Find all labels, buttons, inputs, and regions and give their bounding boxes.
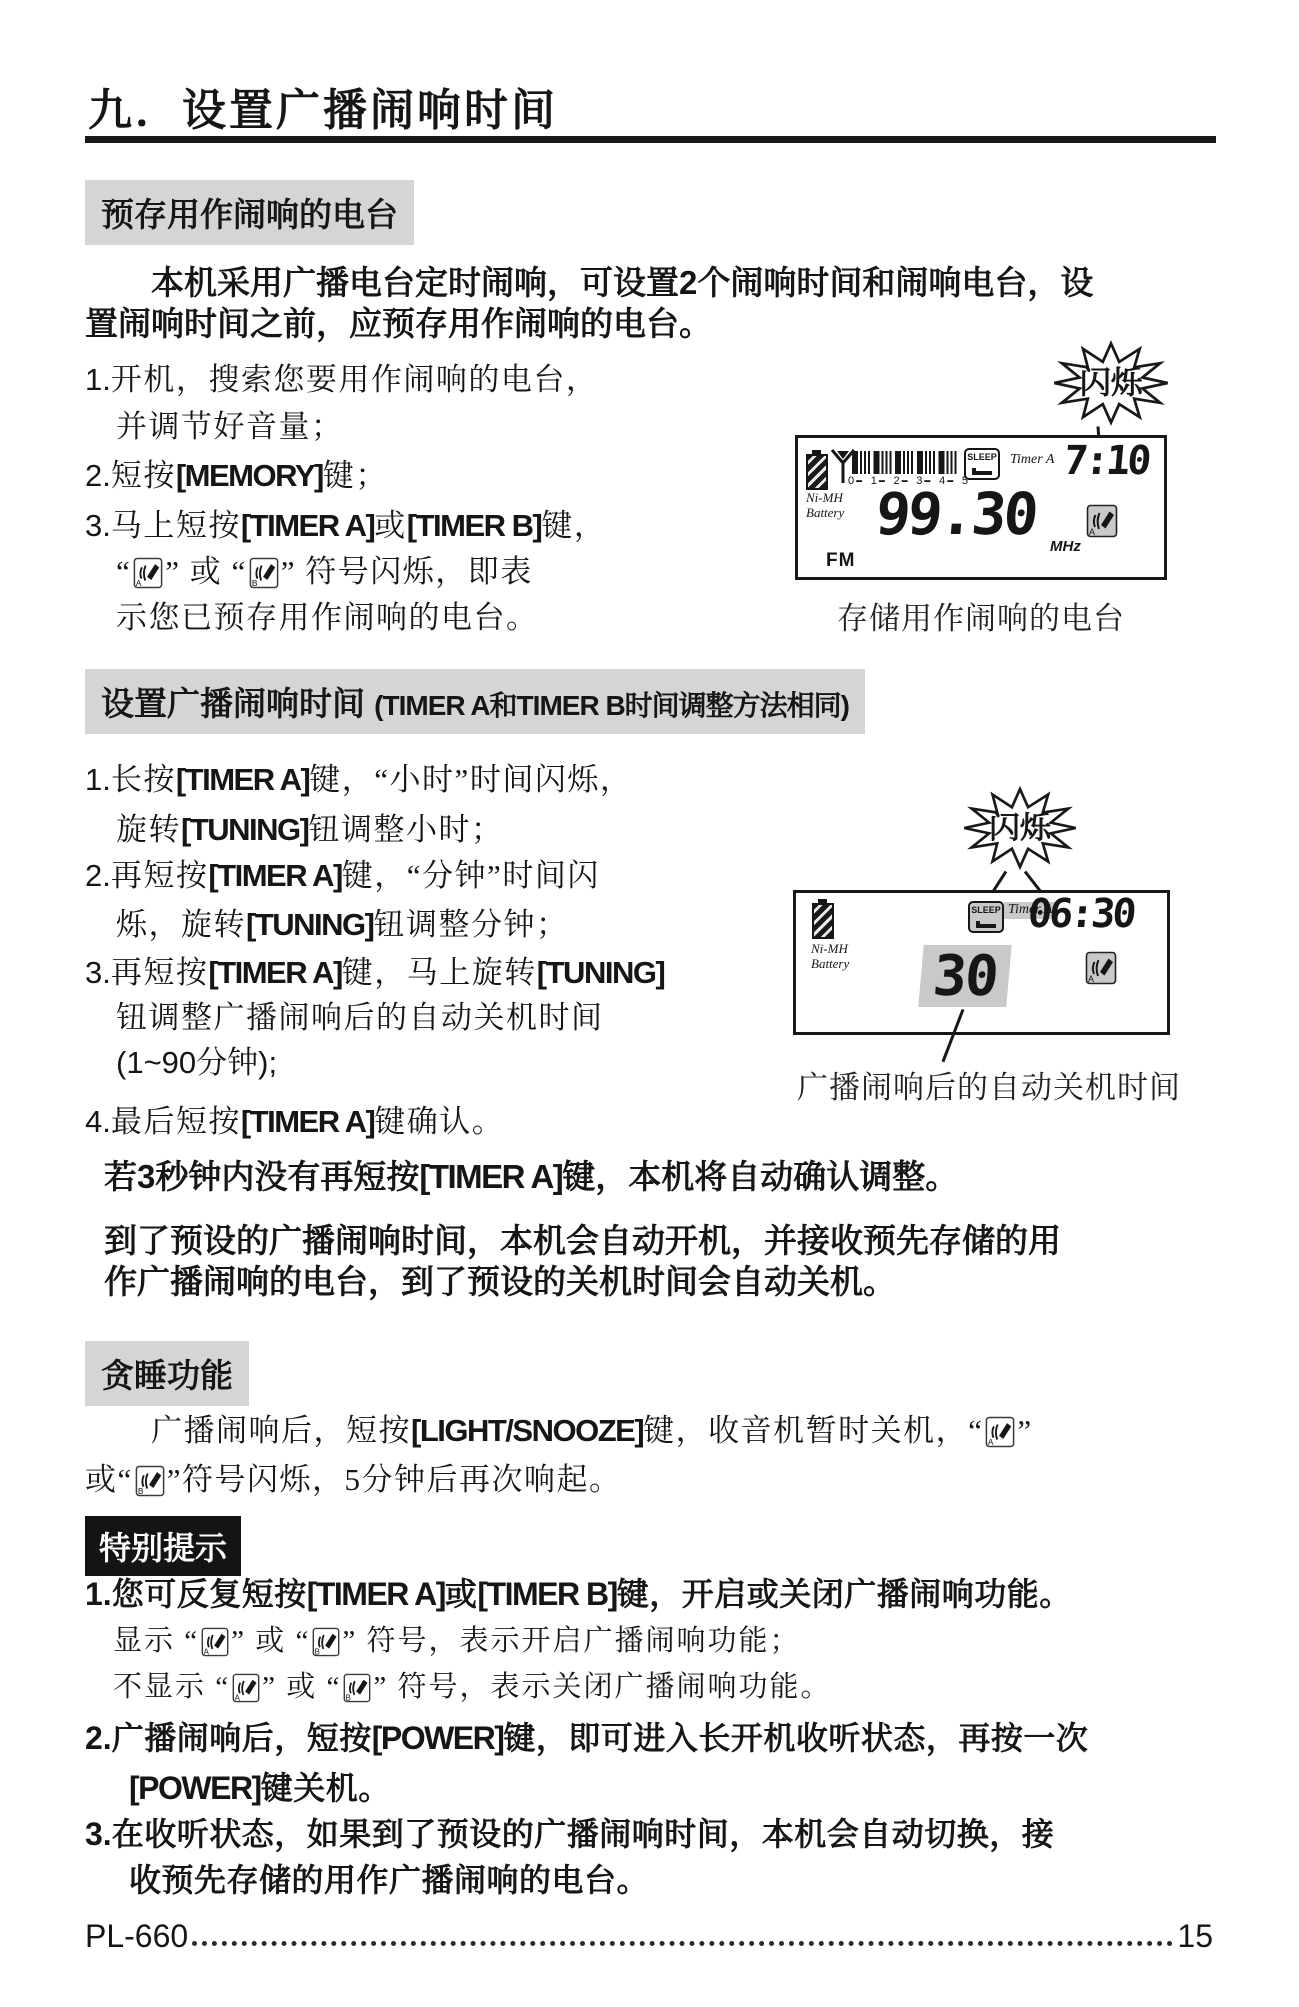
lcd-display-1: 012345 Ni-MHBattery SLEEP Timer A 7:10 9…	[795, 435, 1167, 580]
step-text: 键，马上旋转	[342, 955, 537, 990]
page-title: 九．设置广播闹响时间	[88, 74, 558, 138]
step-text: 键，“分钟”时间闪	[342, 858, 600, 893]
tip-text: 键，开启或关闭广播闹响功能。	[617, 1576, 1072, 1612]
tip-text: 在收听状态，如果到了预设的广播闹响时间，本机会自动切换，接	[112, 1816, 1055, 1852]
step-number: 4.	[85, 1104, 111, 1139]
note-text: 若3秒钟内没有再短按	[104, 1158, 419, 1195]
section-heading-preset-station: 预存用作闹响的电台	[85, 180, 414, 245]
step-text: 示您已预存用作闹响的电台。	[85, 595, 606, 641]
section-heading-snooze: 贪睡功能	[85, 1341, 249, 1406]
paragraph-text: 键，收音机暂时关机，	[643, 1413, 968, 1448]
step-text: 钮调整小时；	[308, 812, 503, 847]
figure-auto-off-time: 闪烁 Ni-MHBattery SLEEP Timer A 06:30 30 A…	[793, 778, 1223, 1130]
step-number: 2.	[85, 458, 111, 493]
settime-step-2: 2.再短按[TIMER A]键，“分钟”时间闪 烁，旋转[TUNING]钮调整分…	[85, 851, 600, 949]
step-text: 键，	[541, 508, 606, 543]
timer-a-bell-icon: A	[133, 557, 163, 589]
paragraph-line: 作广播闹响的电台，到了预设的关机时间会自动关机。	[104, 1261, 1234, 1302]
step-text: 最后短按	[111, 1104, 241, 1139]
title-rule	[85, 136, 1216, 143]
tip-text: 键关机。	[261, 1770, 391, 1806]
special-tip-3: 3.在收听状态，如果到了预设的广播闹响时间，本机会自动切换，接 收预先存储的用作…	[85, 1811, 1054, 1903]
timer-a-button-label: [TIMER A]	[419, 1158, 562, 1195]
dotted-leader	[192, 1941, 1173, 1946]
tick-label: 0	[848, 476, 862, 487]
tip-number: 1.	[85, 1576, 112, 1612]
step-text: (1~90分钟);	[116, 1045, 277, 1080]
alarm-time-readout: 06:30	[1026, 891, 1135, 937]
frequency-readout: 99.30	[873, 480, 1039, 548]
svg-text:A: A	[988, 1437, 995, 1447]
step-text: 长按	[111, 762, 176, 797]
step-text: 钮调整分钟；	[373, 907, 568, 942]
timer-a-bell-icon: A	[985, 1416, 1015, 1448]
manual-page: { "colors": {"heading_bg": "#d5d5d5", "s…	[0, 0, 1299, 2007]
sleep-indicator-icon: SLEEP	[968, 901, 1004, 933]
sleep-indicator-icon: SLEEP	[964, 448, 1000, 480]
paragraph-text: “	[968, 1413, 983, 1448]
timer-a-indicator: Timer A	[1010, 452, 1054, 468]
tip-text: 您可反复短按	[112, 1576, 307, 1612]
timer-a-button-label: [TIMER A]	[241, 508, 374, 543]
svg-text:A: A	[204, 1647, 211, 1656]
tip-text: ” 或 “	[231, 1625, 310, 1657]
flash-starburst: 闪烁	[963, 783, 1077, 873]
tip-number: 2.	[85, 1720, 112, 1756]
paragraph-text: 或“	[85, 1462, 133, 1497]
timer-a-bell-icon: A	[1085, 951, 1117, 985]
heading-note: (TIMER A和TIMER B时间调整方法相同)	[374, 690, 849, 721]
figure-caption: 存储用作闹响的电台	[837, 593, 1125, 638]
svg-text:B: B	[315, 1647, 322, 1656]
section-heading-special-tips: 特别提示	[85, 1516, 241, 1576]
step-number: 3.	[85, 955, 111, 990]
memory-button-label: [MEMORY]	[176, 458, 323, 493]
light-snooze-button-label: [LIGHT/SNOOZE]	[411, 1413, 643, 1448]
bed-icon	[975, 918, 997, 928]
flash-label: 闪烁	[1080, 365, 1144, 400]
step-text: 钮调整广播闹响后的自动关机时间	[85, 995, 664, 1040]
timer-a-button-label: [TIMER A]	[208, 858, 341, 893]
step-text: 马上短按	[111, 508, 241, 543]
settime-step-1: 1.长按[TIMER A]键，“小时”时间闪烁， 旋转[TUNING]钮调整小时…	[85, 755, 632, 855]
paragraph-text: ”	[1017, 1413, 1032, 1448]
step-number: 2.	[85, 858, 111, 893]
intro-paragraph: 本机采用广播电台定时闹响，可设置2个闹响时间和闹响电台，设 置闹响时间之前，应预…	[85, 262, 1235, 344]
paragraph-line: 到了预设的广播闹响时间，本机会自动开机，并接收预先存储的用	[104, 1220, 1234, 1261]
tip-text: 收预先存储的用作广播闹响的电台。	[129, 1862, 649, 1898]
step-text: 或	[374, 508, 407, 543]
timer-a-bell-icon: A	[1086, 504, 1118, 538]
step-text: 再短按	[111, 858, 209, 893]
section-heading-set-time: 设置广播闹响时间 (TIMER A和TIMER B时间调整方法相同)	[85, 669, 865, 734]
frequency-unit: MHz	[1050, 538, 1081, 555]
timer-a-button-label: [TIMER A]	[176, 762, 309, 797]
step-text: 旋转	[116, 812, 181, 847]
step-text: ” 或 “	[165, 554, 247, 589]
page-number: 15	[1177, 1918, 1213, 1955]
step-number: 1.	[85, 762, 111, 797]
figure-store-alarm-station: 闪烁 012345 Ni-MHBattery SLEEP Timer A 7:1…	[795, 335, 1205, 665]
tip-number: 3.	[85, 1816, 112, 1852]
figure-caption: 广播闹响后的自动关机时间	[797, 1062, 1181, 1107]
preset-step-1: 1.开机，搜索您要用作闹响的电台， 并调节好音量；	[85, 356, 598, 450]
step-text: “	[116, 554, 131, 589]
timer-b-button-label: [TIMER B]	[477, 1576, 616, 1612]
special-tip-1: 1.您可反复短按[TIMER A]或[TIMER B]键，开启或关闭广播闹响功能…	[85, 1570, 1072, 1710]
tuning-knob-label: [TUNING]	[537, 955, 664, 990]
step-text: ” 符号闪烁，即表	[281, 554, 533, 589]
tuning-knob-label: [TUNING]	[246, 907, 373, 942]
paragraph-text: ”符号闪烁，5分钟后再次响起。	[167, 1462, 622, 1497]
clock-readout: 7:10	[1062, 438, 1150, 484]
step-text: 键；	[323, 458, 388, 493]
signal-strength-bars	[852, 451, 960, 474]
step-text: 开机，搜索您要用作闹响的电台，	[111, 362, 599, 397]
heading-text: 设置广播闹响时间	[101, 685, 365, 722]
page-footer: PL-660 15	[85, 1918, 1213, 1955]
timer-a-button-label: [TIMER A]	[307, 1576, 445, 1612]
battery-type-label: Ni-MHBattery	[811, 941, 849, 971]
step-text: 短按	[111, 458, 176, 493]
timer-a-button-label: [TIMER A]	[208, 955, 341, 990]
paragraph-text: 广播闹响后，短按	[151, 1413, 411, 1448]
special-tip-2: 2.广播闹响后，短按[POWER]键，即可进入长开机收听状态，再按一次 [POW…	[85, 1713, 1088, 1813]
bed-icon	[971, 465, 993, 475]
note-text: 键，本机将自动确认调整。	[562, 1158, 958, 1195]
timer-b-bell-icon: B	[135, 1465, 165, 1497]
power-button-label: [POWER]	[372, 1720, 504, 1756]
step-text: 键，“小时”时间闪烁，	[309, 762, 632, 797]
svg-text:B: B	[346, 1693, 353, 1702]
auto-off-minutes-readout: 30	[918, 945, 1011, 1007]
svg-text:A: A	[235, 1693, 242, 1702]
flash-label: 闪烁	[989, 810, 1052, 845]
battery-type-label: Ni-MHBattery	[806, 490, 844, 520]
battery-icon	[812, 903, 834, 939]
timer-a-bell-icon: A	[232, 1673, 260, 1703]
tip-text: 显示 “	[113, 1625, 199, 1657]
step-text: 烁，旋转	[116, 907, 246, 942]
model-number: PL-660	[85, 1918, 188, 1955]
auto-confirm-note: 若3秒钟内没有再短按[TIMER A]键，本机将自动确认调整。	[104, 1151, 958, 1198]
timer-b-bell-icon: B	[312, 1627, 340, 1657]
tip-text: 键，即可进入长开机收听状态，再按一次	[503, 1720, 1088, 1756]
step-text: 再短按	[111, 955, 209, 990]
lcd-display-2: Ni-MHBattery SLEEP Timer A 06:30 30 A	[793, 890, 1170, 1035]
step-number: 1.	[85, 362, 111, 397]
snooze-paragraph: 广播闹响后，短按[LIGHT/SNOOZE]键，收音机暂时关机，“A” 或“B”…	[85, 1406, 1245, 1504]
step-number: 3.	[85, 508, 111, 543]
settime-step-3: 3.再短按[TIMER A]键，马上旋转[TUNING] 钮调整广播闹响后的自动…	[85, 950, 664, 1085]
timer-b-bell-icon: B	[249, 557, 279, 589]
timer-b-button-label: [TIMER B]	[407, 508, 542, 543]
svg-text:A: A	[1088, 974, 1094, 984]
timer-a-bell-icon: A	[201, 1627, 229, 1657]
timer-a-button-label: [TIMER A]	[241, 1104, 374, 1139]
band-label: FM	[826, 550, 855, 572]
step-text: 并调节好音量；	[85, 403, 598, 450]
tip-text: ” 或 “	[262, 1671, 341, 1703]
svg-text:B: B	[252, 578, 259, 588]
tuning-knob-label: [TUNING]	[181, 812, 308, 847]
svg-text:A: A	[1089, 527, 1095, 537]
svg-text:B: B	[138, 1486, 145, 1496]
svg-text:A: A	[136, 578, 143, 588]
tip-text: ” 符号，表示开启广播闹响功能；	[342, 1625, 800, 1657]
intro-line-1: 本机采用广播电台定时闹响，可设置2个闹响时间和闹响电台，设	[85, 262, 1235, 303]
settime-step-4: 4.最后短按[TIMER A]键确认。	[85, 1098, 504, 1145]
tip-text: 不显示 “	[113, 1671, 230, 1703]
preset-step-2: 2.短按[MEMORY]键；	[85, 452, 388, 499]
tip-text: ” 符号，表示关闭广播闹响功能。	[373, 1671, 831, 1703]
preset-step-3: 3.马上短按[TIMER A]或[TIMER B]键， “A” 或 “B” 符号…	[85, 503, 606, 641]
tip-text: 或	[445, 1576, 478, 1612]
timer-b-bell-icon: B	[343, 1673, 371, 1703]
flash-starburst: 闪烁	[1053, 338, 1169, 428]
step-text: 键确认。	[374, 1104, 504, 1139]
battery-icon	[806, 454, 828, 490]
power-button-label: [POWER]	[129, 1770, 261, 1806]
auto-onoff-paragraph: 到了预设的广播闹响时间，本机会自动开机，并接收预先存储的用 作广播闹响的电台，到…	[104, 1220, 1234, 1302]
tip-text: 广播闹响后，短按	[112, 1720, 372, 1756]
